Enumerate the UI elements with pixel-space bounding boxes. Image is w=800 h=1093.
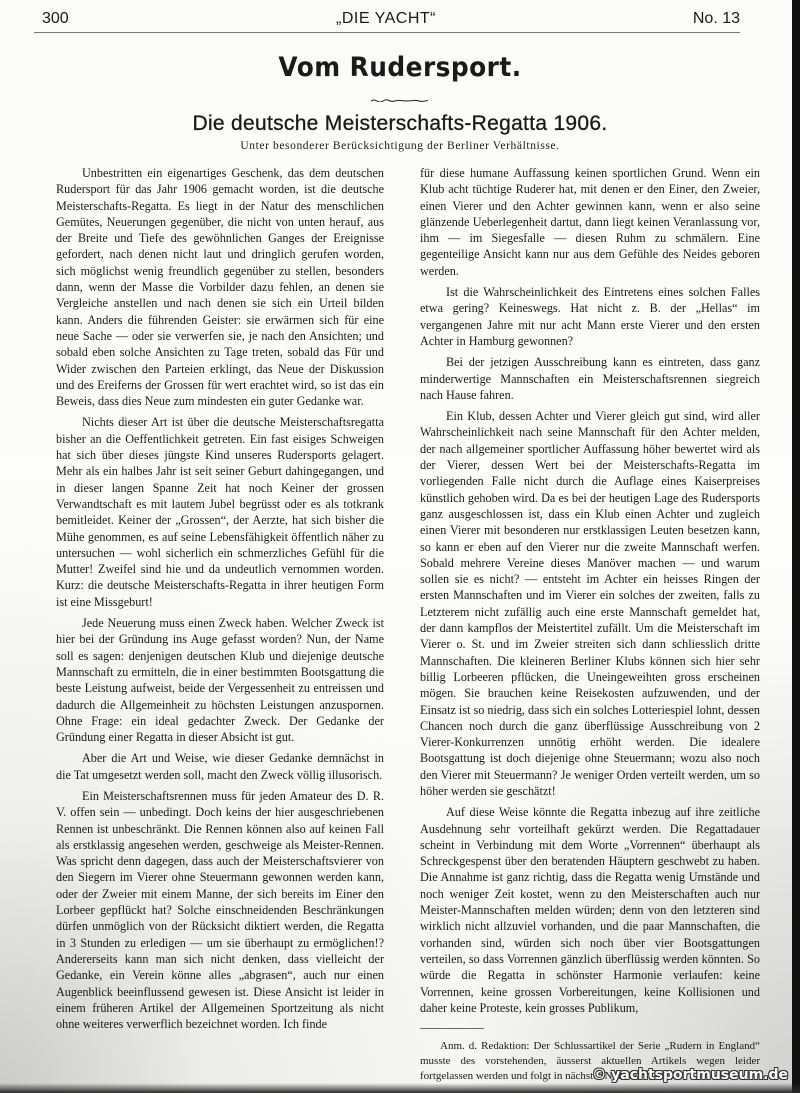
- scan-edge-bottom: [0, 1083, 800, 1093]
- article-title: Die deutsche Meisterschafts-Regatta 1906…: [0, 112, 800, 136]
- paragraph: Auf diese Weise könnte die Regatta inbez…: [420, 804, 760, 1016]
- issue-number: No. 13: [693, 10, 740, 28]
- scan-edge-right: [792, 0, 800, 1093]
- header-rule: [34, 32, 740, 33]
- copyright-watermark: © yachtsportmuseum.de: [592, 1067, 788, 1083]
- section-title: Vom Rudersport.: [32, 52, 768, 83]
- running-header: 300 „DIE YACHT“ No. 13: [36, 4, 736, 32]
- journal-title: „DIE YACHT“: [36, 10, 736, 28]
- paragraph: Aber die Art und Weise, wie dieser Gedan…: [56, 750, 384, 783]
- ornamental-divider-icon: [371, 99, 428, 102]
- scanned-page: 300 „DIE YACHT“ No. 13 Vom Rudersport. D…: [0, 0, 800, 1093]
- paragraph: Ist die Wahrscheinlichkeit des Eintreten…: [420, 284, 760, 349]
- paragraph-continued: für diese humane Auffassung keinen sport…: [420, 165, 760, 279]
- left-column: Unbestritten ein eigenartiges Geschenk, …: [56, 165, 384, 1037]
- footnote-rule: [420, 1028, 484, 1029]
- paragraph: Nichts dieser Art ist über die deutsche …: [56, 414, 384, 610]
- paragraph: Jede Neuerung muss einen Zweck haben. We…: [56, 615, 384, 745]
- paragraph: Ein Meisterschaftsrennen muss für jeden …: [56, 788, 384, 1032]
- article-subtitle: Unter besonderer Berücksichtigung der Be…: [0, 140, 800, 152]
- paragraph: Unbestritten ein eigenartiges Geschenk, …: [56, 165, 384, 409]
- paragraph: Bei der jetzigen Ausschreibung kann es e…: [420, 354, 760, 403]
- right-column: für diese humane Auffassung keinen sport…: [420, 165, 760, 1084]
- paragraph: Ein Klub, dessen Achter und Vierer gleic…: [420, 408, 760, 799]
